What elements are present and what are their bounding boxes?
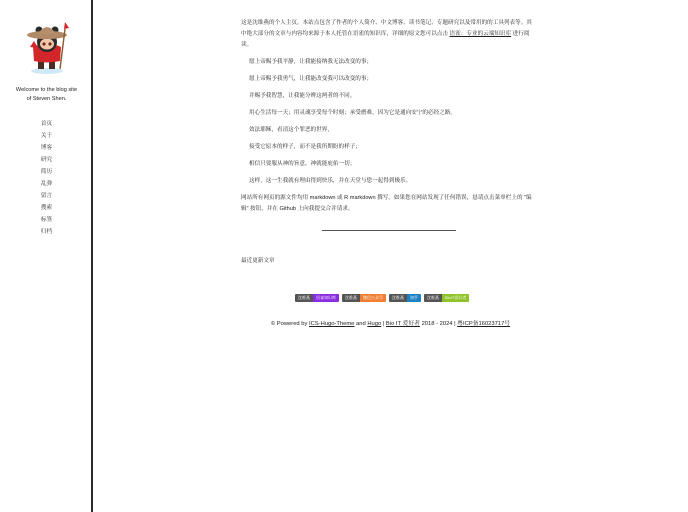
badge-label: 沈维燕 bbox=[389, 294, 407, 302]
hugo-link[interactable]: Hugo bbox=[367, 321, 381, 327]
divider bbox=[322, 230, 456, 231]
badge-label: 沈维燕 bbox=[424, 294, 442, 302]
nav-item-about[interactable]: 关于 bbox=[0, 130, 93, 142]
badge-yuque[interactable]: 沈维燕 语雀知识库 bbox=[295, 294, 339, 302]
badge-label: 沈维燕 bbox=[295, 294, 313, 302]
sidebar-nav: 首页 关于 博客 研究 简历 乱弹 留言 搜索 标签 归档 bbox=[0, 118, 93, 238]
social-badges: 沈维燕 语雀知识库 沈维燕 微信公众号 沈维燕 知乎 沈维燕 BioIT爱好者 bbox=[295, 294, 469, 302]
recent-posts-heading: 最近更新文章 bbox=[241, 256, 275, 264]
nav-item-tags[interactable]: 标签 bbox=[0, 214, 93, 226]
welcome-text: Welcome to the blog site of Steven Shen. bbox=[0, 86, 93, 104]
nav-item-misc[interactable]: 乱弹 bbox=[0, 178, 93, 190]
nav-item-search[interactable]: 搜索 bbox=[0, 202, 93, 214]
prayer-line: 用心生活每一天；用灵魂享受每个时刻；承受磨难，因为它是通向安宁的必经之路。 bbox=[241, 108, 537, 119]
prayer-quote: 愿上帝赐予我平静，让我能接纳我无法改变的事； 愿上帝赐予我勇气，让我能改变我可以… bbox=[241, 57, 537, 187]
footer: © Powered by ICS-Hugo-Theme and Hugo | B… bbox=[0, 318, 688, 327]
welcome-line-2: of Steven Shen. bbox=[0, 95, 93, 104]
badge-value: 语雀知识库 bbox=[313, 294, 339, 302]
prayer-line: 效法耶稣，看清这个罪恶的世界， bbox=[241, 125, 537, 136]
badge-value: BioIT爱好者 bbox=[442, 294, 469, 302]
yuque-link[interactable]: 语雀：专业的云端知识库 bbox=[450, 31, 512, 37]
prayer-line: 这样，这一生我就有理由得到快乐，并在天堂与您一起得到极乐。 bbox=[241, 176, 537, 187]
nav-item-research[interactable]: 研究 bbox=[0, 154, 93, 166]
icp-link[interactable]: 粤ICP备16023717号 bbox=[457, 321, 510, 327]
nav-item-archive[interactable]: 归档 bbox=[0, 226, 93, 238]
nav-item-resume[interactable]: 简历 bbox=[0, 166, 93, 178]
intro-paragraph: 这是沈维燕的个人主页。本站点包含了作者的个人简介、中文博客、读书笔记、专题研究以… bbox=[241, 18, 537, 51]
nav-item-blog[interactable]: 博客 bbox=[0, 142, 93, 154]
main-content: 这是沈维燕的个人主页。本站点包含了作者的个人简介、中文博客、读书笔记、专题研究以… bbox=[241, 18, 537, 215]
badge-value: 微信公众号 bbox=[360, 294, 386, 302]
nav-item-guestbook[interactable]: 留言 bbox=[0, 190, 93, 202]
prayer-line: 愿上帝赐予我勇气，让我能改变我可以改变的事； bbox=[241, 74, 537, 85]
footer-powered: © Powered by bbox=[271, 321, 309, 327]
badge-value: 知乎 bbox=[407, 294, 421, 302]
footer-and: and bbox=[354, 321, 367, 327]
prayer-line: 接受它原本的样子，而不是我所期盼的样子； bbox=[241, 142, 537, 153]
theme-link[interactable]: ICS-Hugo-Theme bbox=[309, 321, 354, 327]
welcome-line-1: Welcome to the blog site bbox=[0, 86, 93, 95]
avatar[interactable] bbox=[16, 14, 78, 76]
sidebar: Welcome to the blog site of Steven Shen.… bbox=[0, 0, 93, 512]
prayer-line: 并赐予我智慧，让我能分辨这两者的不同。 bbox=[241, 91, 537, 102]
site-link[interactable]: Bio IT 爱好者 bbox=[386, 321, 420, 327]
nav-item-home[interactable]: 首页 bbox=[0, 118, 93, 130]
prayer-line: 愿上帝赐予我平静，让我能接纳我无法改变的事； bbox=[241, 57, 537, 68]
footer-years: 2018 - 2024 | bbox=[420, 321, 457, 327]
badge-bioit[interactable]: 沈维燕 BioIT爱好者 bbox=[424, 294, 469, 302]
badge-wechat[interactable]: 沈维燕 微信公众号 bbox=[342, 294, 386, 302]
badge-label: 沈维燕 bbox=[342, 294, 360, 302]
badge-zhihu[interactable]: 沈维燕 知乎 bbox=[389, 294, 421, 302]
prayer-line: 相信只要服从神的旨意，神就能庇佑一切； bbox=[241, 159, 537, 170]
source-note: 网站所有网页的源文件均用 markdown 或 R markdown 撰写。如果… bbox=[241, 193, 537, 215]
